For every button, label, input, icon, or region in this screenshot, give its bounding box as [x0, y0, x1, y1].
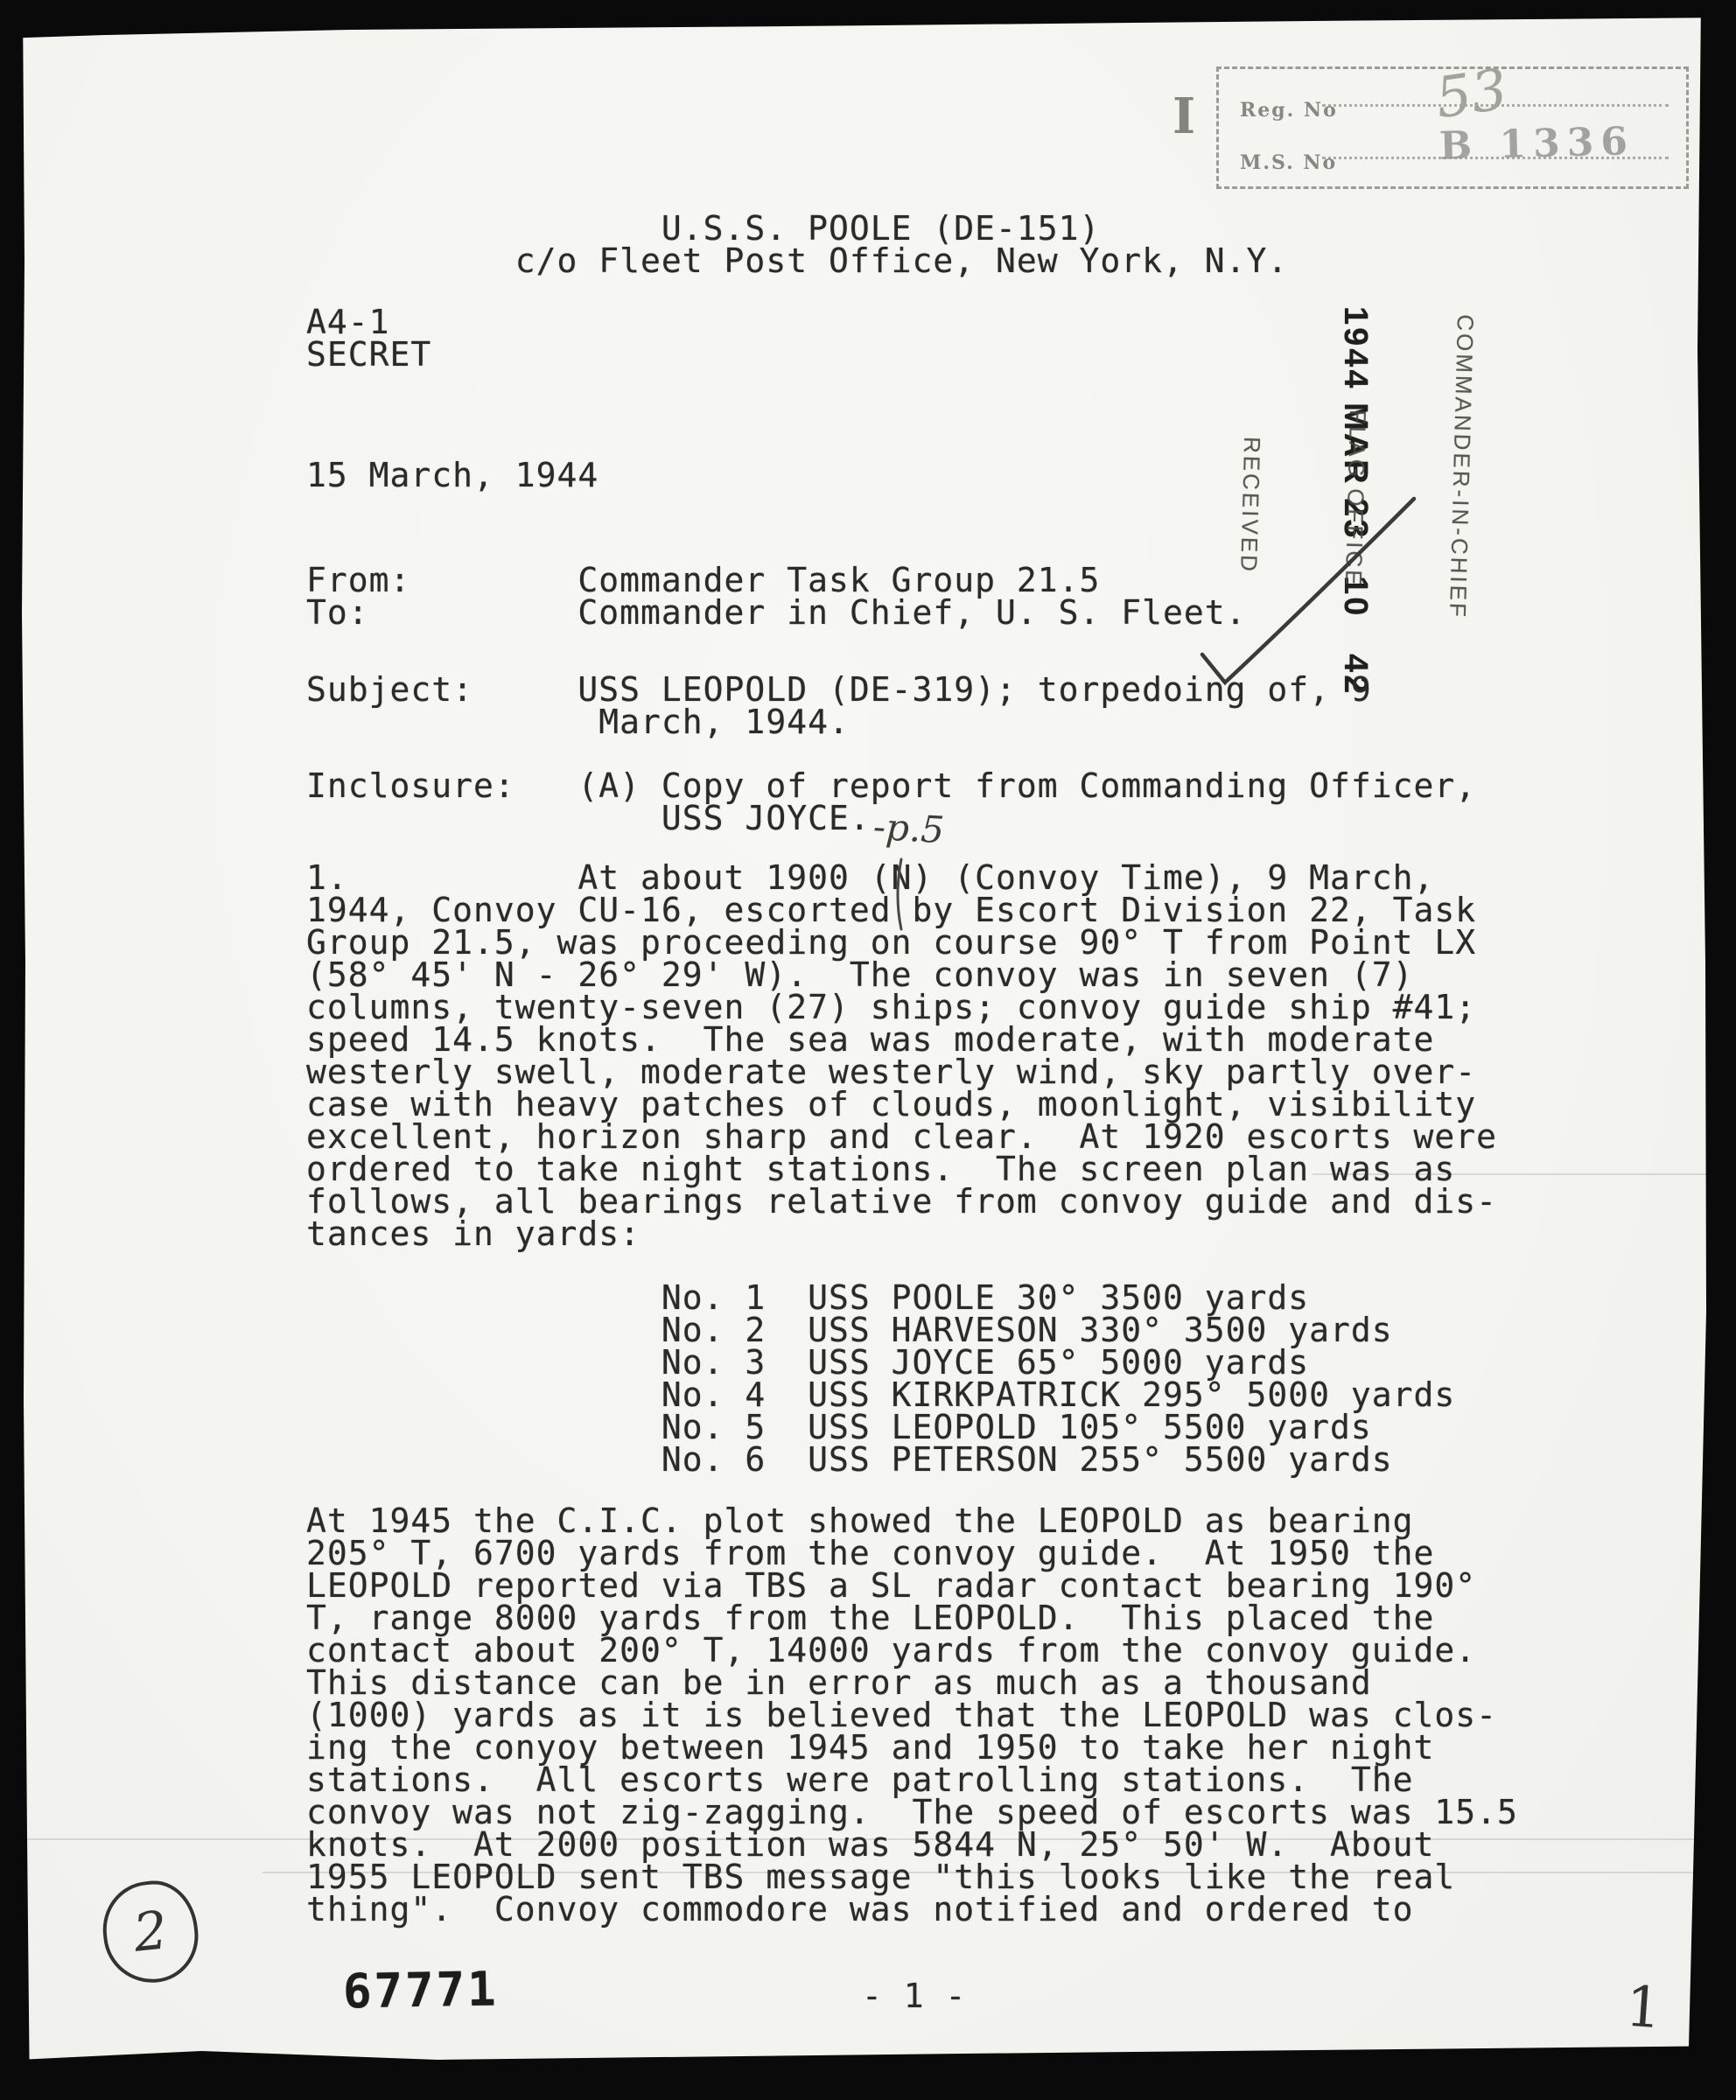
- cominch-line1: COMMANDER-IN-CHIEF: [1436, 314, 1483, 770]
- handwritten-reg-number: 53: [1431, 58, 1511, 132]
- scan-edge-bottom: [0, 2039, 1736, 2100]
- reg-no-label: Reg. No: [1240, 99, 1338, 122]
- registry-stamp-box: Reg. No M.S. No 53 B 1336: [1216, 66, 1689, 189]
- scanned-document-page: Reg. No M.S. No 53 B 1336 I 1944 MAR 23 …: [0, 0, 1736, 2100]
- ms-no-label: M.S. No: [1240, 151, 1337, 174]
- corner-page-mark: 1: [1623, 1975, 1663, 2042]
- date-line: 15 March, 1944: [306, 459, 598, 492]
- letterhead: U.S.S. POOLE (DE-151) c/o Fleet Post Off…: [306, 213, 1288, 277]
- scan-edge-top: [0, 0, 1736, 42]
- address-block: From: Commander Task Group 21.5 To: Comm…: [306, 564, 1247, 629]
- paragraph-2: At 1945 the C.I.C. plot showed the LEOPO…: [306, 1505, 1518, 1926]
- paragraph-1: 1. At about 1900 (N) (Convoy Time), 9 Ma…: [306, 862, 1497, 1250]
- stamped-reg-number: B 1336: [1438, 119, 1634, 169]
- scan-edge-right: [1687, 0, 1736, 2100]
- screen-plan-list: No. 1 USS POOLE 30° 3500 yards No. 2 USS…: [306, 1282, 1455, 1476]
- serial-number-stamp: 67771: [342, 1961, 499, 2019]
- reference-block: A4-1 SECRET: [306, 306, 431, 371]
- page-number: - 1 -: [862, 1980, 966, 2012]
- inclosure-page-note: -p.5: [872, 805, 946, 851]
- scan-edge-left: [0, 0, 31, 2100]
- circled-page-number-value: 2: [130, 1900, 170, 1964]
- circled-page-number: 2: [98, 1877, 203, 1988]
- ink-mark: I: [1172, 87, 1195, 145]
- subject-block: Subject: USS LEOPOLD (DE-319); torpedoin…: [306, 674, 1372, 738]
